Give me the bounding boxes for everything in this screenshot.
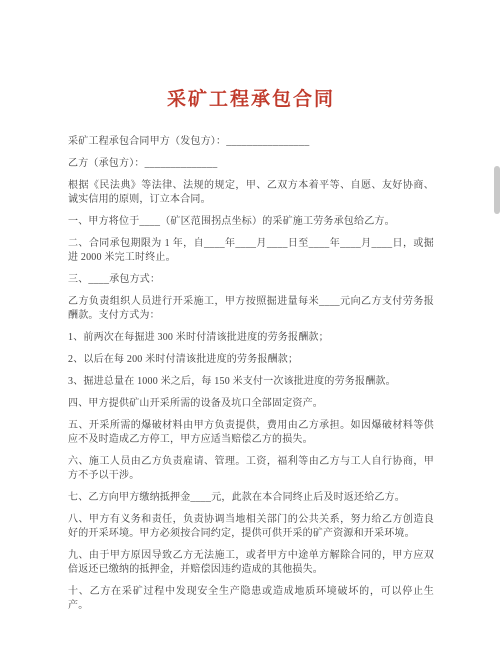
document-body: 采矿工程承包合同甲方（发包方）：________________ 乙方（承包方）…: [68, 135, 434, 613]
paragraph-clause-6: 六、施工人员由乙方负责雇请、管理。工资，福利等由乙方与工人自行协商，甲方不予以干…: [68, 455, 434, 483]
paragraph-clause-9: 九、由于甲方原因导致乙方无法施工，或者甲方中途单方解除合同的，甲方应双倍返还已缴…: [68, 549, 434, 577]
paragraph-payment-item-2: 2、以后在每 200 米时付清该批进度的劳务报酬款；: [68, 353, 434, 367]
paragraph-preamble: 根据《民法典》等法律、法规的规定，甲、乙双方本着平等、自愿、友好协商、诚实信用的…: [68, 179, 434, 207]
paragraph-clause-10: 十、乙方在采矿过程中发现安全生产隐患或造成地质环境破坏的，可以停止生产。: [68, 585, 434, 613]
paragraph-clause-8: 八、甲方有义务和责任，负责协调当地相关部门的公共关系，努力给乙方创造良好的开采环…: [68, 513, 434, 541]
paragraph-clause-1: 一、甲方将位于____（矿区范围拐点坐标）的采矿施工劳务承包给乙方。: [68, 215, 434, 229]
paragraph-clause-3: 三、____承包方式：: [68, 273, 434, 287]
paragraph-payment-item-1: 1、前两次在每掘进 300 米时付清该批进度的劳务报酬款；: [68, 331, 434, 345]
paragraph-party-a: 采矿工程承包合同甲方（发包方）：________________: [68, 135, 434, 149]
paragraph-party-b: 乙方（承包方）：______________: [68, 157, 434, 171]
paragraph-clause-5: 五、开采所需的爆破材料由甲方负责提供，费用由乙方承担。如因爆破材料等供应不及时造…: [68, 419, 434, 447]
paragraph-payment-item-3: 3、掘进总量在 1000 米之后，每 150 米支付一次该批进度的劳务报酬款。: [68, 375, 434, 389]
paragraph-clause-4: 四、甲方提供矿山开采所需的设备及坑口全部固定资产。: [68, 397, 434, 411]
paragraph-clause-7: 七、乙方向甲方缴纳抵押金____元，此款在本合同终止后及时返还给乙方。: [68, 491, 434, 505]
paragraph-clause-2: 二、合同承包期限为 1 年，自____年____月____日至____年____…: [68, 237, 434, 265]
paragraph-clause-3-detail: 乙方负责组织人员进行开采施工，甲方按照掘进量每米____元向乙方支付劳务报酬款。…: [68, 295, 434, 323]
document-page: 采矿工程承包合同 采矿工程承包合同甲方（发包方）：_______________…: [0, 0, 500, 647]
document-title: 采矿工程承包合同: [68, 84, 434, 111]
scrollbar-thumb[interactable]: [494, 166, 500, 214]
